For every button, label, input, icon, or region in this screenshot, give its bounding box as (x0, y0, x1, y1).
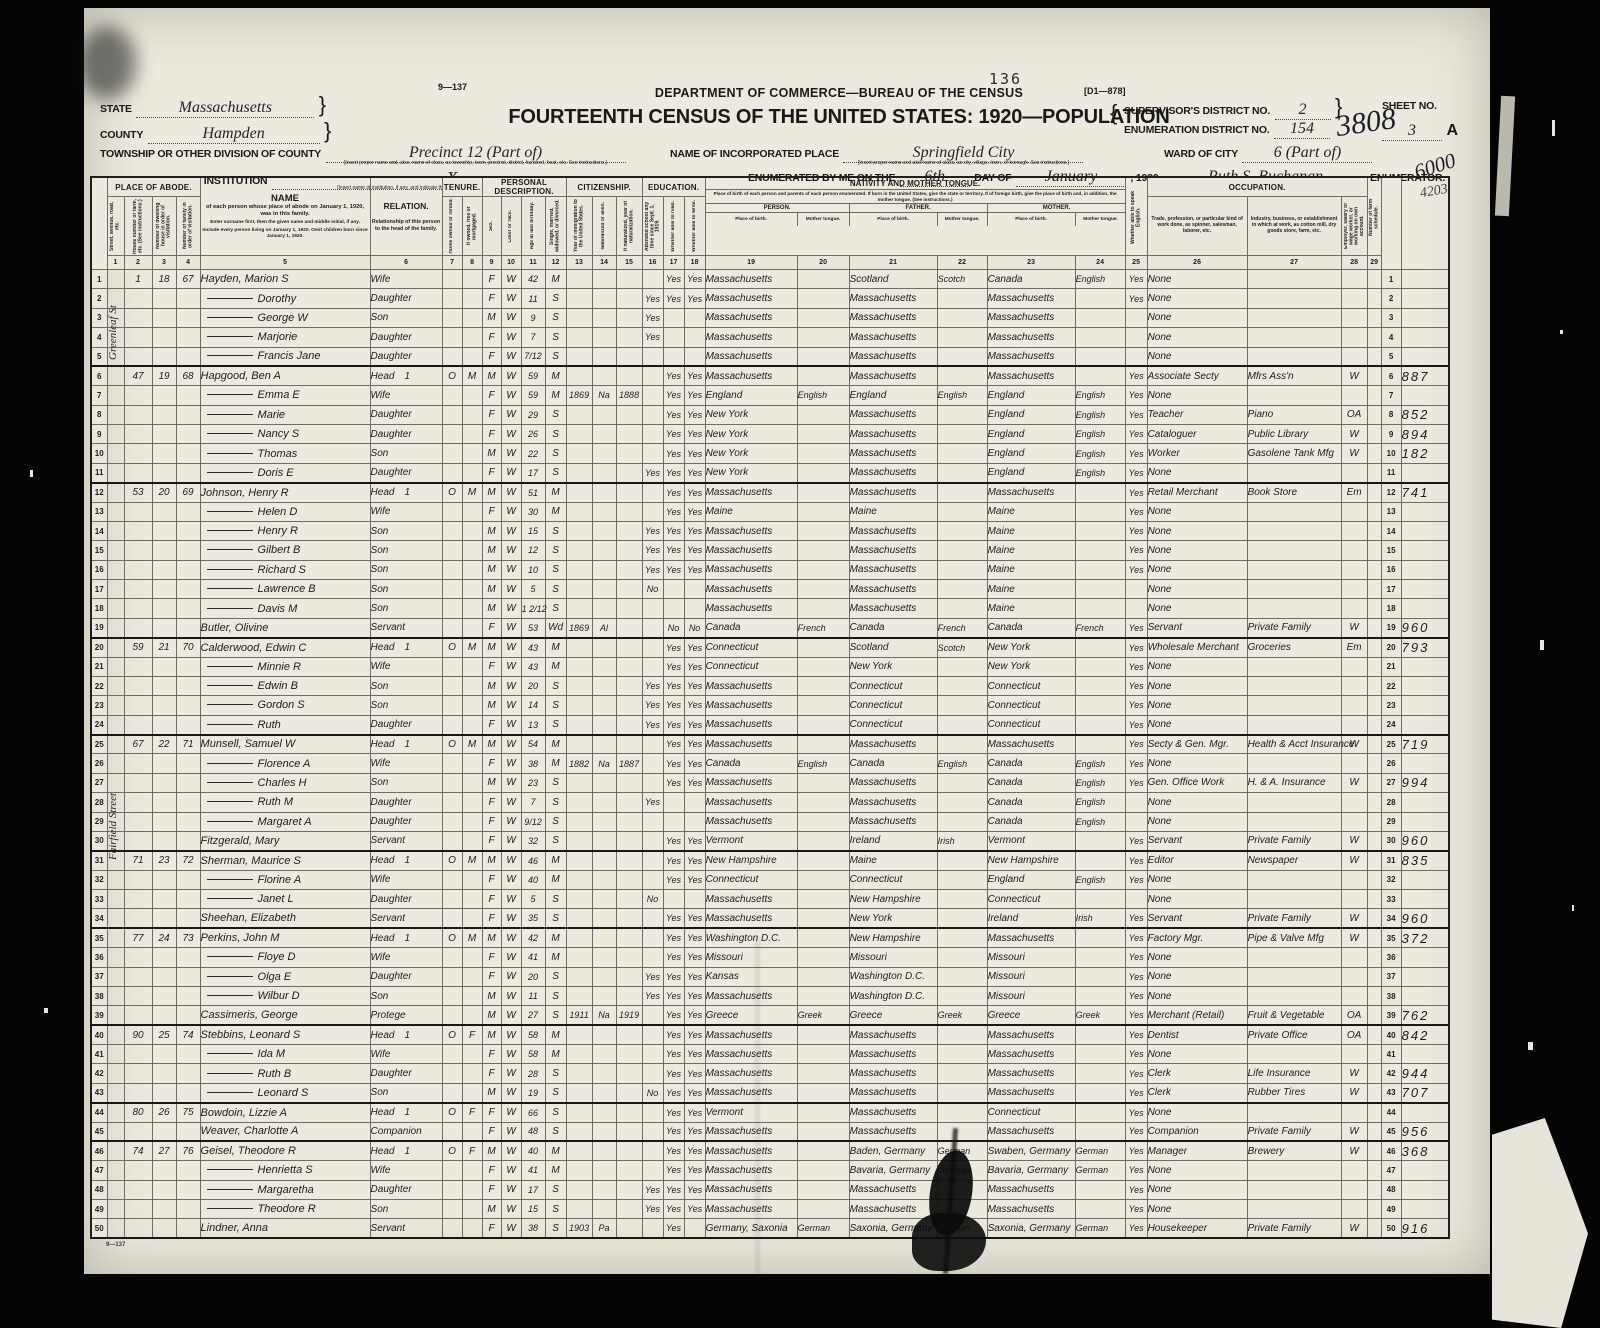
cell-age: 29 (521, 405, 545, 424)
cell-mpob: Connecticut (987, 1103, 1075, 1122)
cell-eng: Yes (1125, 618, 1147, 637)
cell-ind (1247, 560, 1341, 579)
cell-sch (642, 425, 663, 444)
cell-ind (1247, 289, 1341, 308)
cell-mar: S (545, 676, 566, 695)
cell-mt (797, 425, 849, 444)
cell-house (124, 1083, 152, 1102)
person-name: Hayden, Marion S (201, 273, 289, 285)
cell-farm (1367, 1064, 1381, 1083)
cell-emp: OA (1341, 1006, 1367, 1025)
cell-dw (152, 754, 176, 773)
cell-house (124, 1045, 152, 1064)
cell-fam: 75 (176, 1103, 200, 1122)
cell-own (442, 715, 462, 734)
cell-farm (1367, 560, 1381, 579)
supervisor-label: SUPERVISOR'S DISTRICT NO. (1124, 105, 1270, 117)
cell-mpob: Maine (987, 580, 1075, 599)
cell-rel: Son (370, 986, 442, 1005)
cell-eng (1125, 308, 1147, 327)
cell-rln: 10 (1381, 444, 1401, 463)
relation-value: Head (371, 1146, 395, 1157)
cell-mort (462, 715, 482, 734)
cell-age: 66 (521, 1103, 545, 1122)
cell-mmt: French (1075, 618, 1125, 637)
cell-fam (176, 1045, 200, 1064)
cell-fam: 68 (176, 366, 200, 385)
relation-value: Wife (371, 1165, 391, 1176)
cell-mpob: Missouri (987, 967, 1075, 986)
cell-dw: 21 (152, 638, 176, 657)
cell-own (442, 1083, 462, 1102)
cell-emp (1341, 521, 1367, 540)
scan-smudge (78, 26, 136, 100)
cell-write: Yes (684, 1161, 705, 1180)
person-name: Ruth B (258, 1068, 292, 1080)
cell-write: Yes (684, 870, 705, 889)
cell-naty (616, 618, 642, 637)
cell-ind (1247, 793, 1341, 812)
cell-mt (797, 812, 849, 831)
cell-eng: Yes (1125, 696, 1147, 715)
cell-house: 59 (124, 638, 152, 657)
person-name: Fitzgerald, Mary (201, 835, 280, 847)
cell-age: 11 (521, 289, 545, 308)
cell-mar: S (545, 696, 566, 715)
cell-nat (592, 948, 616, 967)
cell-dw (152, 541, 176, 560)
cell-imm (566, 541, 592, 560)
cell-naty (616, 405, 642, 424)
cell-emp (1341, 541, 1367, 560)
cell-nat (592, 657, 616, 676)
cell-fam (176, 425, 200, 444)
ditto-mark (207, 433, 253, 434)
cell-house (124, 541, 152, 560)
cell-mmt (1075, 599, 1125, 618)
cell-rln: 49 (1381, 1200, 1401, 1219)
cell-own (442, 696, 462, 715)
cell-rel: Son (370, 1200, 442, 1219)
cell-ind: Pipe & Valve Mfg (1247, 928, 1341, 947)
cell-rln: 1 (1381, 270, 1401, 289)
cell-race: W (501, 676, 521, 695)
cell-occ: None (1147, 1103, 1247, 1122)
cell-fam (176, 289, 200, 308)
cell-sch: No (642, 890, 663, 909)
cell-read: Yes (663, 851, 684, 870)
person-name: Thomas (258, 448, 298, 460)
cell-emp (1341, 308, 1367, 327)
cell-mt (797, 1045, 849, 1064)
cell-rel: Wife (370, 1045, 442, 1064)
cell-mar: M (545, 638, 566, 657)
cell-code: 368 (1401, 1141, 1449, 1160)
cell-race: W (501, 405, 521, 424)
cell-name: Cassimeris, George (200, 1006, 370, 1025)
cell-read: Yes (663, 676, 684, 695)
col-race: Color or race. (501, 197, 521, 256)
cell-pob: Massachusetts (705, 560, 797, 579)
cell-dw (152, 1006, 176, 1025)
cell-ind (1247, 715, 1341, 734)
cell-own (442, 541, 462, 560)
cell-naty (616, 715, 642, 734)
cell-name: George W (200, 308, 370, 327)
cell-imm (566, 1141, 592, 1160)
cell-own (442, 1045, 462, 1064)
cell-mpob: Maine (987, 560, 1075, 579)
cell-lln: 31 (91, 851, 107, 870)
cell-mmt (1075, 521, 1125, 540)
cell-sex: M (482, 580, 501, 599)
cell-rel: Son (370, 521, 442, 540)
table-row: 39Cassimeris, GeorgeProtegeMW27S1911Na19… (91, 1006, 1449, 1025)
cell-sex: F (482, 270, 501, 289)
cell-rln: 31 (1381, 851, 1401, 870)
cell-rel: Son (370, 541, 442, 560)
cell-rel: Son (370, 444, 442, 463)
cell-code: 719 (1401, 735, 1449, 754)
cell-house (124, 715, 152, 734)
cell-sch (642, 909, 663, 928)
cell-mar: M (545, 1161, 566, 1180)
cell-street (107, 483, 124, 502)
col-dwelling: Number of dwelling house in order of vis… (152, 197, 176, 256)
cell-sch (642, 773, 663, 792)
cell-farm (1367, 967, 1381, 986)
cell-sch (642, 599, 663, 618)
cell-age: 59 (521, 386, 545, 405)
person-name: Hapgood, Ben A (201, 370, 281, 382)
cell-mpob: Maine (987, 599, 1075, 618)
cell-mmt (1075, 948, 1125, 967)
cell-sch: Yes (642, 289, 663, 308)
cell-sex: F (482, 502, 501, 521)
cell-occ: Companion (1147, 1122, 1247, 1141)
cell-farm (1367, 831, 1381, 850)
cell-house (124, 890, 152, 909)
cell-race: W (501, 1141, 521, 1160)
cell-ind: Rubber Tires (1247, 1083, 1341, 1102)
cell-house: 53 (124, 483, 152, 502)
cell-own (442, 909, 462, 928)
cell-pob: Massachusetts (705, 986, 797, 1005)
cell-write: Yes (684, 1200, 705, 1219)
cell-fam (176, 347, 200, 366)
cell-sch (642, 405, 663, 424)
cell-street (107, 444, 124, 463)
cell-imm (566, 483, 592, 502)
cell-lln: 9 (91, 425, 107, 444)
table-row: 111867Hayden, Marion SWifeFW42MYesYesMas… (91, 270, 1449, 289)
cell-own (442, 1219, 462, 1238)
cell-mpob: Massachusetts (987, 1083, 1075, 1102)
cell-lln: 44 (91, 1103, 107, 1122)
table-row: 26Florence AWifeFW38M1882Na1887YesYesCan… (91, 754, 1449, 773)
person-name: Wilbur D (258, 990, 300, 1002)
cell-read: Yes (663, 928, 684, 947)
ditto-mark (207, 317, 253, 318)
cell-sch (642, 1141, 663, 1160)
cell-occ: None (1147, 890, 1247, 909)
cell-fpob: Massachusetts (849, 793, 937, 812)
cell-nat (592, 541, 616, 560)
cell-fam: 71 (176, 735, 200, 754)
person-name: Munsell, Samuel W (201, 738, 296, 750)
cell-naty (616, 890, 642, 909)
cell-mmt (1075, 735, 1125, 754)
cell-fpob: Massachusetts (849, 1025, 937, 1044)
cell-mar: M (545, 386, 566, 405)
cell-rln: 4 (1381, 328, 1401, 347)
cell-race: W (501, 1025, 521, 1044)
cell-race: W (501, 1200, 521, 1219)
cell-sch (642, 347, 663, 366)
col-age: Age at last birthday. (521, 197, 545, 256)
cell-occ: None (1147, 386, 1247, 405)
cell-imm (566, 1064, 592, 1083)
cell-ind: Life Insurance (1247, 1064, 1341, 1083)
cell-code: 707 (1401, 1083, 1449, 1102)
cell-lln: 34 (91, 909, 107, 928)
cell-dw (152, 948, 176, 967)
cell-mmt (1075, 851, 1125, 870)
table-row: 44802675Bowdoin, Lizzie AHead1OFFW66SYes… (91, 1103, 1449, 1122)
cell-farm (1367, 1200, 1381, 1219)
cell-name: Richard S (200, 560, 370, 579)
cell-code (1401, 715, 1449, 734)
cell-mmt (1075, 676, 1125, 695)
father-head: FATHER. (850, 204, 988, 212)
cell-sex: F (482, 812, 501, 831)
cell-age: 15 (521, 1200, 545, 1219)
table-row: 35772473Perkins, John MHead1OMMW42MYesYe… (91, 928, 1449, 947)
cell-own (442, 1161, 462, 1180)
cell-fpob: Massachusetts (849, 425, 937, 444)
cell-eng: Yes (1125, 831, 1147, 850)
cell-nat (592, 483, 616, 502)
cell-sch: Yes (642, 308, 663, 327)
cell-name: Marie (200, 405, 370, 424)
cell-write (684, 890, 705, 909)
cell-age: 23 (521, 773, 545, 792)
relation-value: Daughter (371, 1068, 412, 1079)
cell-street (107, 366, 124, 385)
table-row: 37Olga EDaughterFW20SYesYesYesKansasWash… (91, 967, 1449, 986)
cell-code (1401, 948, 1449, 967)
footer-mark: 9—137 (106, 1242, 125, 1248)
cell-occ: Housekeeper (1147, 1219, 1247, 1238)
cell-lln: 4 (91, 328, 107, 347)
cell-sch: Yes (642, 463, 663, 482)
cell-read: Yes (663, 405, 684, 424)
cell-farm (1367, 1006, 1381, 1025)
cell-mmt: Irish (1075, 909, 1125, 928)
cell-sex: F (482, 347, 501, 366)
cell-mpob: England (987, 425, 1075, 444)
cell-farm (1367, 928, 1381, 947)
cell-dw: 20 (152, 483, 176, 502)
cell-name: Lawrence B (200, 580, 370, 599)
scan-speck (44, 1008, 48, 1013)
cell-emp (1341, 657, 1367, 676)
cell-name: Olga E (200, 967, 370, 986)
cell-code: 887 (1401, 366, 1449, 385)
cell-code (1401, 657, 1449, 676)
cell-farm (1367, 715, 1381, 734)
relation-value: Wife (371, 758, 391, 769)
cell-fmt (937, 347, 987, 366)
cell-imm (566, 1025, 592, 1044)
cell-naty (616, 541, 642, 560)
cell-age: 5 (521, 580, 545, 599)
cell-mpob: Massachusetts (987, 347, 1075, 366)
cell-mpob: Canada (987, 754, 1075, 773)
cell-own (442, 773, 462, 792)
head-tick: 1 (404, 642, 410, 653)
cell-write: Yes (684, 270, 705, 289)
page-edge-sliver (1495, 96, 1515, 217)
cell-fpob: Massachusetts (849, 347, 937, 366)
cell-eng: Yes (1125, 1180, 1147, 1199)
cell-lln: 28 (91, 793, 107, 812)
cell-mar: S (545, 560, 566, 579)
cell-age: 27 (521, 1006, 545, 1025)
cell-ind: Newspaper (1247, 851, 1341, 870)
cell-eng: Yes (1125, 967, 1147, 986)
relation-value: Daughter (371, 816, 412, 827)
cell-street (107, 1064, 124, 1083)
cell-naty (616, 773, 642, 792)
cell-fpob: Massachusetts (849, 1064, 937, 1083)
cell-fam (176, 831, 200, 850)
cell-write: Yes (684, 1064, 705, 1083)
relation-value: Daughter (371, 332, 412, 343)
cell-mmt: German (1075, 1219, 1125, 1238)
cell-rel: Daughter (370, 405, 442, 424)
cell-sex: F (482, 1161, 501, 1180)
cell-mar: S (545, 405, 566, 424)
cell-mar: S (545, 890, 566, 909)
cell-mmt (1075, 347, 1125, 366)
cell-eng: Yes (1125, 425, 1147, 444)
cell-own: O (442, 928, 462, 947)
cell-occ: Gen. Office Work (1147, 773, 1247, 792)
cell-age: 46 (521, 851, 545, 870)
cell-fmt (937, 735, 987, 754)
person-name: Florine A (258, 874, 302, 886)
cell-naty (616, 696, 642, 715)
cell-fpob: England (849, 386, 937, 405)
cell-mmt: English (1075, 386, 1125, 405)
cell-mt (797, 502, 849, 521)
cell-fam: 76 (176, 1141, 200, 1160)
cell-ind (1247, 754, 1341, 773)
cell-lln: 20 (91, 638, 107, 657)
cell-sex: F (482, 1122, 501, 1141)
cell-occ: Servant (1147, 618, 1247, 637)
cell-sex: F (482, 909, 501, 928)
cell-race: W (501, 521, 521, 540)
cell-naty (616, 831, 642, 850)
cell-age: 20 (521, 676, 545, 695)
cell-mt (797, 773, 849, 792)
cell-pob: Massachusetts (705, 812, 797, 831)
cell-write: Yes (684, 928, 705, 947)
cell-code (1401, 1103, 1449, 1122)
cell-lln: 25 (91, 735, 107, 754)
cell-name: Hapgood, Ben A (200, 366, 370, 385)
relation-value: Wife (371, 874, 391, 885)
cell-write: Yes (684, 1083, 705, 1102)
cell-emp: W (1341, 1141, 1367, 1160)
cell-dw: 25 (152, 1025, 176, 1044)
cell-own (442, 580, 462, 599)
cell-occ: None (1147, 502, 1247, 521)
cell-own (442, 444, 462, 463)
cell-sex: M (482, 638, 501, 657)
cell-read: Yes (663, 696, 684, 715)
table-row: 18Davis MSonMW1 2/12SMassachusettsMassac… (91, 599, 1449, 618)
cell-imm (566, 657, 592, 676)
cell-mmt (1075, 483, 1125, 502)
cell-age: 9/12 (521, 812, 545, 831)
table-row: 6471968Hapgood, Ben AHead1OMMW59MYesYesM… (91, 366, 1449, 385)
cell-fpob: Connecticut (849, 696, 937, 715)
cell-read: Yes (663, 715, 684, 734)
col-owned: Home owned or rented. (442, 197, 462, 256)
cell-read: Yes (663, 967, 684, 986)
cell-fam (176, 909, 200, 928)
column-number: 29 (1367, 256, 1381, 270)
cell-fpob: Massachusetts (849, 1103, 937, 1122)
cell-mort: F (462, 1141, 482, 1160)
cell-name: Florence A (200, 754, 370, 773)
cell-fpob: Canada (849, 754, 937, 773)
cell-mar: M (545, 483, 566, 502)
cell-nat: Al (592, 618, 616, 637)
cell-mpob: England (987, 386, 1075, 405)
cell-read: Yes (663, 1006, 684, 1025)
cell-pob: Connecticut (705, 638, 797, 657)
table-row: 42Ruth BDaughterFW28SYesYesMassachusetts… (91, 1064, 1449, 1083)
relation-value: Wife (371, 661, 391, 672)
cell-eng: Yes (1125, 754, 1147, 773)
cell-farm (1367, 270, 1381, 289)
cell-imm (566, 1200, 592, 1219)
cell-imm (566, 366, 592, 385)
cell-rln: 21 (1381, 657, 1401, 676)
cell-code (1401, 890, 1449, 909)
cell-rel: Wife (370, 657, 442, 676)
cell-mmt (1075, 1122, 1125, 1141)
person-name: Marie (258, 409, 286, 421)
cell-fam (176, 793, 200, 812)
person-name: Doris E (258, 467, 294, 479)
cell-rln: 44 (1381, 1103, 1401, 1122)
cell-write: Yes (684, 1180, 705, 1199)
cell-lln: 32 (91, 870, 107, 889)
cell-fpob: Massachusetts (849, 541, 937, 560)
cell-race: W (501, 425, 521, 444)
cell-emp (1341, 599, 1367, 618)
supervisor-value: 2 (1299, 101, 1307, 118)
cell-sex: F (482, 1219, 501, 1238)
cell-dw (152, 502, 176, 521)
table-row: 31712372Sherman, Maurice SHead1OMMW46MYe… (91, 851, 1449, 870)
cell-read: Yes (663, 1219, 684, 1238)
